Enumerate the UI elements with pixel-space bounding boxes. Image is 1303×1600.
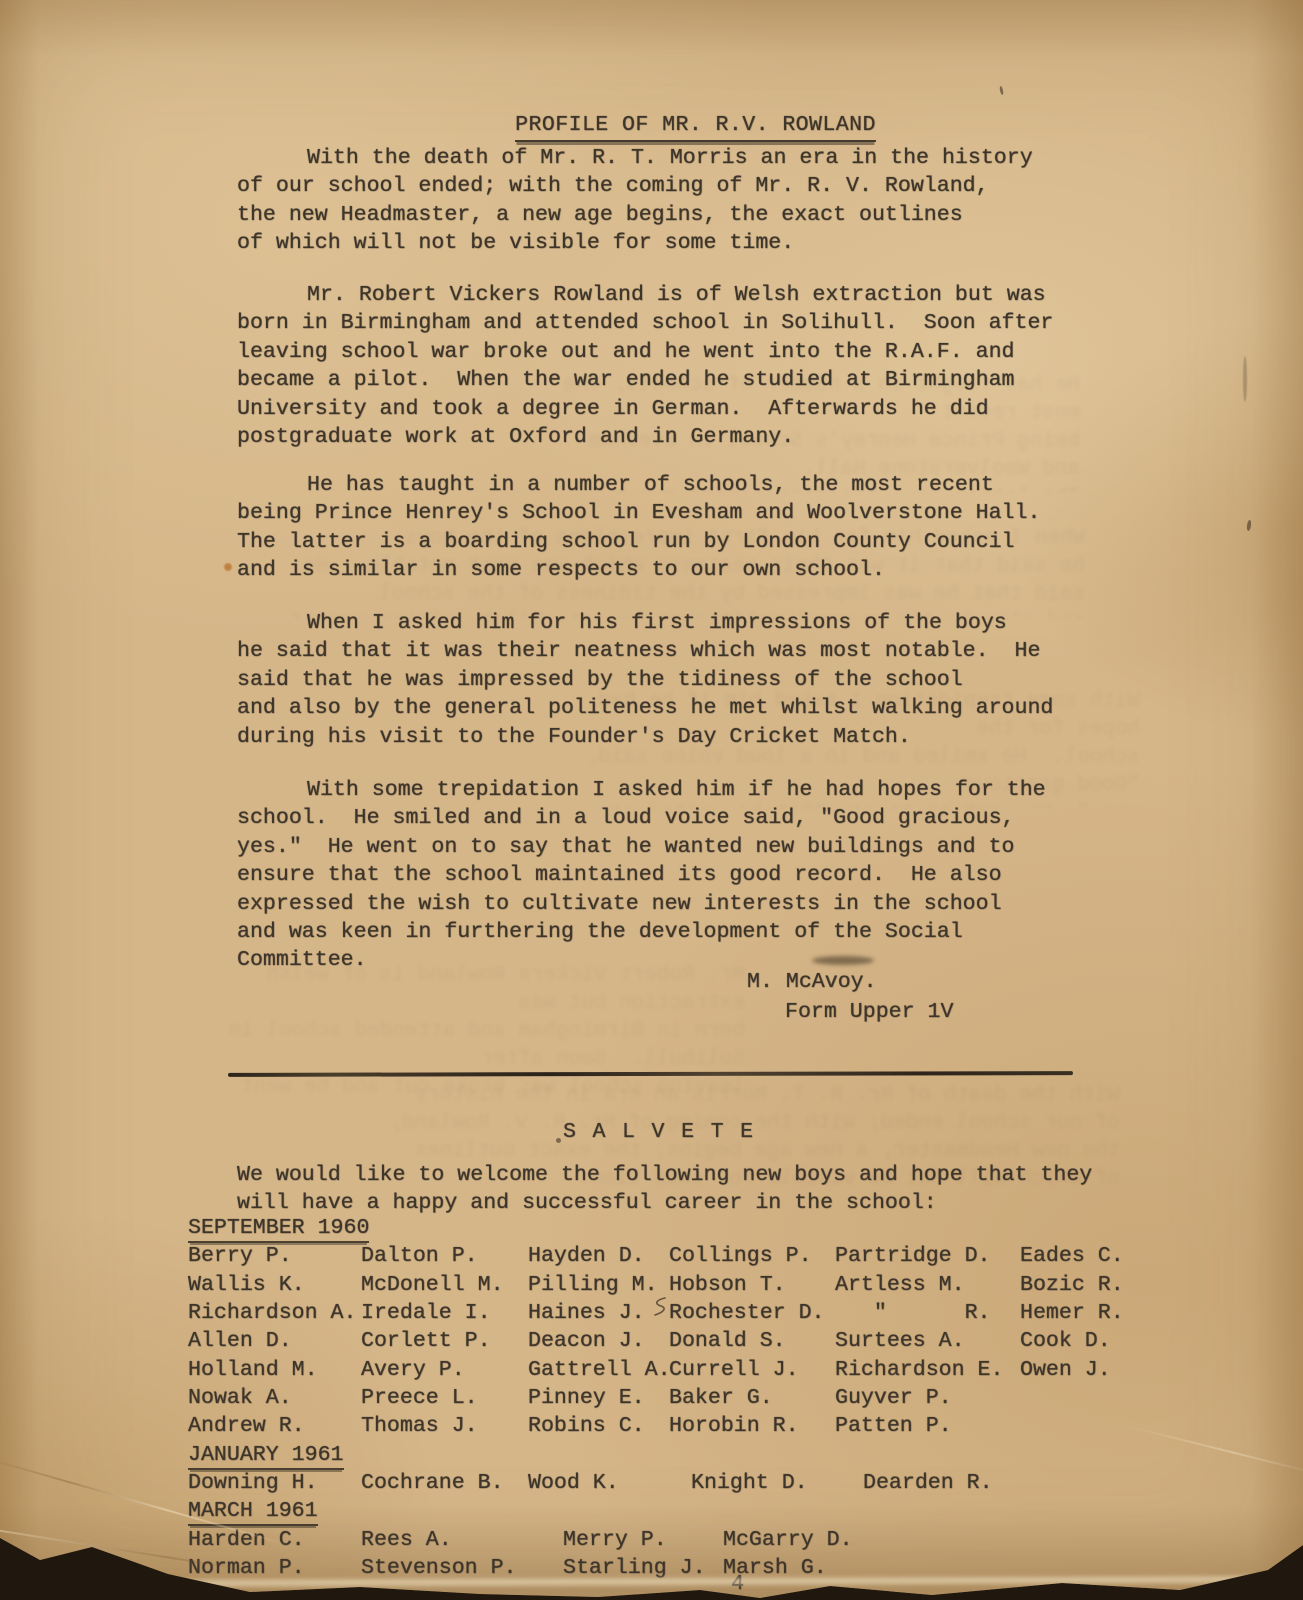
salvete-name: Knight D. [691, 1469, 863, 1497]
salvete-month-heading: MARCH 1961 [188, 1497, 1288, 1525]
salvete-name: Harden C. [188, 1526, 361, 1554]
salvete-name: Rees A. [361, 1526, 563, 1554]
author-form: Form Upper 1V [785, 998, 953, 1026]
salvete-name: Haines J. [528, 1299, 669, 1327]
salvete-month-heading: SEPTEMBER 1960 [188, 1214, 1288, 1242]
salvete-name: Artless M. [835, 1271, 1020, 1299]
salvete-name-row: Allen D.Corlett P.Deacon J.Donald S.Surt… [188, 1327, 1288, 1355]
paragraph: He has taught in a number of schools, th… [237, 471, 1117, 585]
salvete-heading: S A L V E T E [563, 1118, 755, 1146]
salvete-name: McDonell M. [361, 1271, 528, 1299]
salvete-name: Deacon J. [528, 1327, 669, 1355]
salvete-name: Thomas J. [361, 1412, 528, 1440]
salvete-name: Dearden R. [863, 1469, 1288, 1497]
fold-mark [1243, 356, 1247, 402]
ink-smudge [812, 956, 874, 965]
salvete-list: SEPTEMBER 1960Berry P.Dalton P.Hayden D.… [188, 1214, 1288, 1582]
paragraph: When I asked him for his first impressio… [237, 609, 1117, 751]
salvete-name: Hemer R. [1020, 1299, 1288, 1327]
salvete-intro: We would like to welcome the following n… [237, 1161, 1127, 1218]
salvete-month-heading: JANUARY 1961 [188, 1441, 1288, 1469]
salvete-name: Hayden D. [528, 1242, 669, 1270]
salvete-name: Andrew R. [188, 1412, 361, 1440]
salvete-name-row: Richardson A.Iredale I.Haines J.Rocheste… [188, 1299, 1288, 1327]
salvete-name: Partridge D. [835, 1242, 1020, 1270]
salvete-name: Avery P. [361, 1356, 528, 1384]
salvete-name: Baker G. [669, 1384, 835, 1412]
salvete-name: Norman P. [188, 1554, 361, 1582]
salvete-name: Donald S. [669, 1327, 835, 1355]
salvete-name: Owen J. [1020, 1356, 1288, 1384]
ink-speck [1246, 520, 1251, 531]
handwritten-squiggle-mark [652, 1296, 668, 1318]
salvete-name: Berry P. [188, 1242, 361, 1270]
paper-sheet: He has taught in a number of schools, th… [0, 0, 1303, 1600]
salvete-name: Rochester D. [669, 1299, 835, 1327]
section-divider-rule [228, 1071, 1073, 1077]
salvete-name: Cochrane B. [361, 1469, 528, 1497]
salvete-name: Pinney E. [528, 1384, 669, 1412]
salvete-name: Richardson A. [188, 1299, 361, 1327]
salvete-month-heading-text: MARCH 1961 [188, 1499, 318, 1526]
salvete-name-row: Wallis K.McDonell M.Pilling M.Hobson T.A… [188, 1271, 1288, 1299]
salvete-name: Iredale I. [361, 1299, 528, 1327]
salvete-name: Wallis K. [188, 1271, 361, 1299]
salvete-name: Gattrell A. [528, 1356, 669, 1384]
scanned-page-stage: He has taught in a number of schools, th… [0, 0, 1303, 1600]
salvete-name-row: Andrew R.Thomas J.Robins C.Horobin R.Pat… [188, 1412, 1288, 1440]
salvete-name: Cook D. [1020, 1327, 1288, 1355]
salvete-name-row: Downing H.Cochrane B.Wood K.Knight D.Dea… [188, 1469, 1288, 1497]
salvete-name: Eades C. [1020, 1242, 1288, 1270]
salvete-name: Patten P. [835, 1412, 1020, 1440]
salvete-name-row: Nowak A.Preece L.Pinney E.Baker G.Guyver… [188, 1384, 1288, 1412]
salvete-name-row: Berry P.Dalton P.Hayden D.Collings P.Par… [188, 1242, 1288, 1270]
salvete-name: Surtees A. [835, 1327, 1020, 1355]
salvete-name: Collings P. [669, 1242, 835, 1270]
salvete-name: Guyver P. [835, 1384, 1020, 1412]
salvete-name-row: Holland M.Avery P.Gattrell A.Currell J.R… [188, 1356, 1288, 1384]
salvete-name: McGarry D. [723, 1526, 1288, 1554]
salvete-name: Holland M. [188, 1356, 361, 1384]
salvete-name: Preece L. [361, 1384, 528, 1412]
salvete-name: Allen D. [188, 1327, 361, 1355]
ink-speck [999, 86, 1004, 95]
salvete-name: " R. [835, 1299, 1020, 1327]
author-signature: M. McAvoy. [747, 968, 877, 996]
salvete-name: Robins C. [528, 1412, 669, 1440]
ink-speck [556, 1138, 561, 1143]
paragraph: Mr. Robert Vickers Rowland is of Welsh e… [237, 281, 1117, 451]
paragraph: With the death of Mr. R. T. Morris an er… [237, 144, 1117, 258]
salvete-name: Merry P. [563, 1526, 723, 1554]
article-title-text: PROFILE OF MR. R.V. ROWLAND [515, 113, 876, 142]
salvete-name: Downing H. [188, 1469, 361, 1497]
salvete-name: Dalton P. [361, 1242, 528, 1270]
salvete-name: Nowak A. [188, 1384, 361, 1412]
salvete-name-row: Harden C.Rees A.Merry P.McGarry D. [188, 1526, 1288, 1554]
salvete-name: Hobson T. [669, 1271, 835, 1299]
salvete-name: Pilling M. [528, 1271, 669, 1299]
salvete-name: Wood K. [528, 1469, 691, 1497]
salvete-month-heading-text: SEPTEMBER 1960 [188, 1216, 369, 1243]
salvete-name: Horobin R. [669, 1412, 835, 1440]
salvete-name: Corlett P. [361, 1327, 528, 1355]
salvete-name: Richardson E. [835, 1356, 1020, 1384]
salvete-month-heading-text: JANUARY 1961 [188, 1443, 344, 1470]
salvete-name: Currell J. [669, 1356, 835, 1384]
salvete-name: Bozic R. [1020, 1271, 1288, 1299]
paragraph: With some trepidation I asked him if he … [237, 776, 1117, 975]
